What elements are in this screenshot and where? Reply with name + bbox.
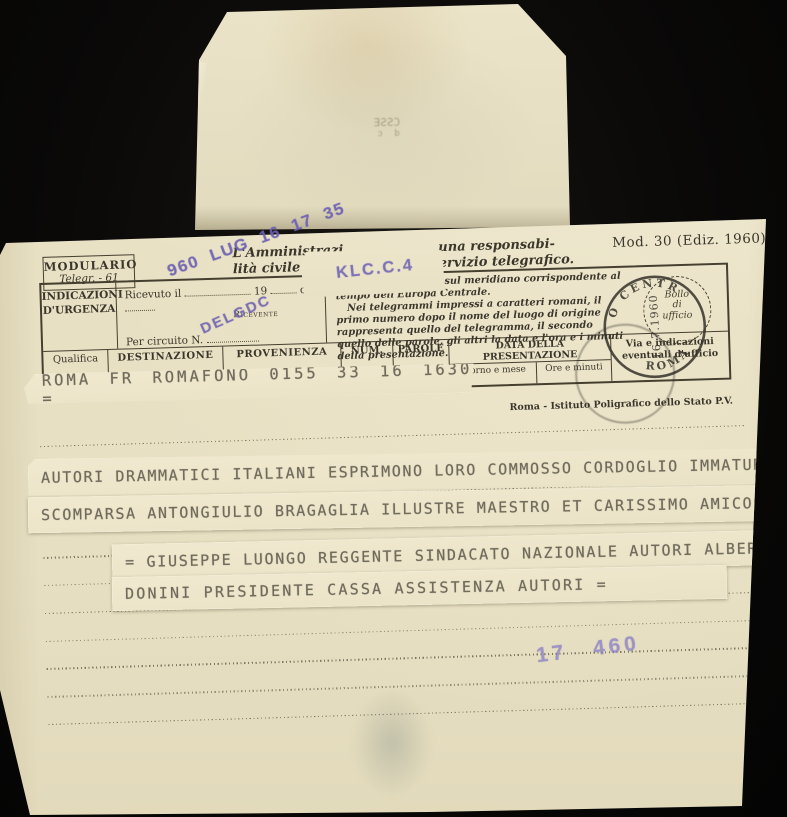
edition-label: Mod. 30 (Ediz. 1960) (566, 230, 766, 252)
message-text: SCOMPARSA ANTONGIULIO BRAGAGLIA ILLUSTRE… (41, 494, 753, 524)
dotted-rule (40, 425, 745, 447)
svg-text:O CENTR: O CENTR (598, 265, 686, 323)
dotted-leader (184, 285, 250, 297)
postmark-stamp: O CENTR ROMA 16.7.1960 (591, 263, 719, 391)
message-text: DONINI PRESIDENTE CASSA ASSISTENZA AUTOR… (125, 575, 608, 603)
dotted-rule (46, 620, 751, 642)
telegram-sheet: MODULARIO Telegr. - 61 L'Amministrazi li… (0, 210, 787, 817)
bleedthrough-text: CSSE d c (342, 115, 432, 140)
dotted-leader (125, 301, 155, 312)
dotted-rule (48, 703, 753, 725)
telegram-scan: CSSE d c MODULARIO Telegr. - 61 L'Ammini… (0, 0, 787, 817)
message-text: AUTORI DRAMMATICI ITALIANI ESPRIMONO LOR… (41, 455, 775, 486)
modulario-title: MODULARIO (44, 257, 134, 274)
dotted-rule (47, 647, 752, 669)
envelope-flap: CSSE d c (190, 0, 583, 232)
paper-tear (191, 62, 206, 105)
postmark-date: 16.7.1960 (647, 294, 664, 360)
urgency-label: D'URGENZA (42, 302, 116, 318)
dotted-rule (47, 675, 752, 697)
bleedthrough-line: d c (342, 128, 432, 140)
urgency-cell: INDICAZIONI D'URGENZA (41, 283, 118, 351)
postmark-arc-top: O CENTR (598, 265, 686, 323)
dotted-leader (270, 283, 296, 294)
